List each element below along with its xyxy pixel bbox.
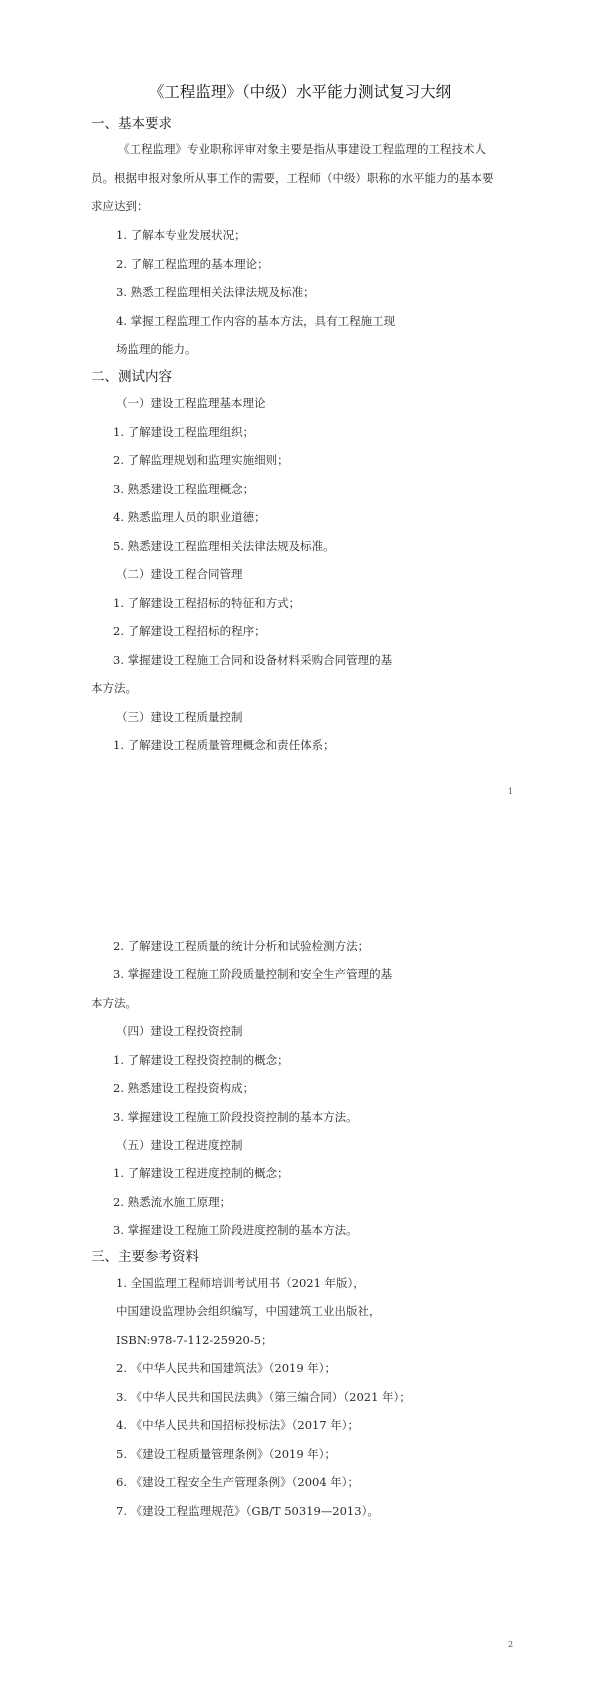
- list-item: 2. 了解监理规划和监理实施细则；: [113, 452, 289, 468]
- reference-item: 1. 全国监理工程师培训考试用书（2021 年版），: [116, 1275, 365, 1291]
- list-item: 1. 了解建设工程质量管理概念和责任体系；: [113, 737, 335, 753]
- list-item: 3. 熟悉建设工程监理概念；: [113, 481, 254, 497]
- list-item: 本方法。: [91, 995, 137, 1011]
- subsection-title: （二）建设工程合同管理: [116, 566, 243, 582]
- list-item: 3. 掌握建设工程施工阶段质量控制和安全生产管理的基: [113, 966, 392, 982]
- reference-item: 中国建设监理协会组织编写，中国建筑工业出版社，: [116, 1303, 381, 1319]
- list-item: 1. 了解建设工程监理组织；: [113, 424, 254, 440]
- paragraph-line: 《工程监理》专业职称评审对象主要是指从事建设工程监理的工程技术人: [118, 141, 486, 157]
- reference-item: 4. 《中华人民共和国招标投标法》（2017 年）；: [116, 1417, 359, 1433]
- reference-item: 3. 《中华人民共和国民法典》（第三编合同）（2021 年）；: [116, 1389, 411, 1405]
- list-item: 3. 熟悉工程监理相关法律法规及标准；: [116, 284, 315, 300]
- list-item: 3. 掌握建设工程施工合同和设备材料采购合同管理的基: [113, 652, 392, 668]
- list-item: 2. 了解建设工程质量的统计分析和试验检测方法；: [113, 938, 369, 954]
- list-item: 2. 熟悉建设工程投资构成；: [113, 1080, 254, 1096]
- reference-item: 5. 《建设工程质量管理条例》（2019 年）；: [116, 1446, 336, 1462]
- section-heading-test-content: 二、测试内容: [91, 365, 172, 385]
- list-item: 1. 了解建设工程投资控制的概念；: [113, 1052, 289, 1068]
- list-item: 场监理的能力。: [116, 341, 197, 357]
- document-page: 《工程监理》（中级）水平能力测试复习大纲 一、基本要求 《工程监理》专业职称评审…: [0, 0, 600, 1697]
- paragraph-line: 员。根据申报对象所从事工作的需要，工程师（中级）职称的水平能力的基本要: [91, 170, 494, 186]
- list-item: 1. 了解建设工程招标的特征和方式；: [113, 595, 300, 611]
- subsection-title: （四）建设工程投资控制: [116, 1023, 243, 1039]
- subsection-title: （五）建设工程进度控制: [116, 1137, 243, 1153]
- list-item: 2. 了解建设工程招标的程序；: [113, 623, 266, 639]
- list-item: 4. 熟悉监理人员的职业道德；: [113, 509, 266, 525]
- list-item: 4. 掌握工程监理工作内容的基本方法，具有工程施工现: [116, 313, 395, 329]
- reference-item: 7. 《建设工程监理规范》（GB/T 50319—2013）。: [116, 1503, 379, 1519]
- list-item: 1. 了解本专业发展状况；: [116, 227, 246, 243]
- subsection-title: （一）建设工程监理基本理论: [116, 395, 266, 411]
- section-heading-basic-requirements: 一、基本要求: [91, 112, 172, 132]
- reference-item: 6. 《建设工程安全生产管理条例》（2004 年）；: [116, 1474, 359, 1490]
- list-item: 3. 掌握建设工程施工阶段投资控制的基本方法。: [113, 1109, 358, 1125]
- list-item: 2. 了解工程监理的基本理论；: [116, 256, 269, 272]
- reference-item: 2. 《中华人民共和国建筑法》（2019 年）；: [116, 1360, 336, 1376]
- list-item: 1. 了解建设工程进度控制的概念；: [113, 1165, 289, 1181]
- list-item: 3. 掌握建设工程施工阶段进度控制的基本方法。: [113, 1222, 358, 1238]
- list-item: 本方法。: [91, 680, 137, 696]
- list-item: 2. 熟悉流水施工原理；: [113, 1194, 231, 1210]
- page-number: 1: [508, 787, 513, 796]
- reference-item: ISBN:978-7-112-25920-5；: [116, 1332, 273, 1348]
- section-heading-references: 三、主要参考资料: [91, 1245, 199, 1265]
- document-title: 《工程监理》（中级）水平能力测试复习大纲: [0, 80, 600, 102]
- paragraph-line: 求应达到：: [91, 198, 149, 214]
- list-item: 5. 熟悉建设工程监理相关法律法规及标准。: [113, 538, 335, 554]
- subsection-title: （三）建设工程质量控制: [116, 709, 243, 725]
- page-number: 2: [508, 1640, 513, 1649]
